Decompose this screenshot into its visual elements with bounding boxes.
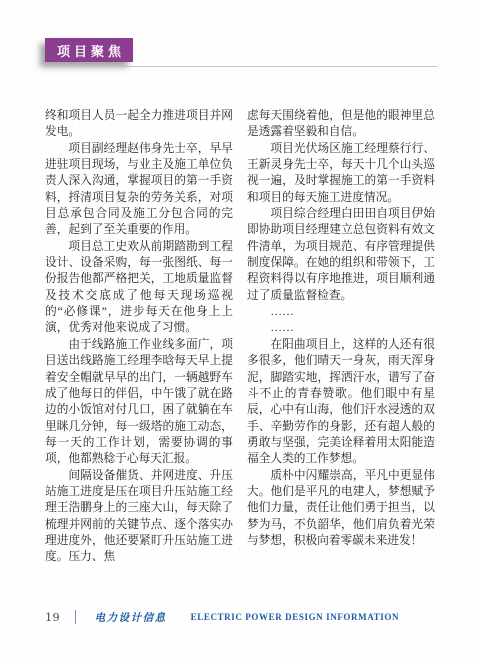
footer-divider xyxy=(75,610,76,624)
paragraph: 由于线路施工作业线多面广，项目送出线路施工经理李晗每天早上提着安全帽就早早的出门… xyxy=(45,337,233,468)
text-column-left: 终和项目人员一起全力推进项目并网发电。 项目副经理赵伟身先士卒，早早进驻项目现场… xyxy=(45,108,233,566)
paragraph: 项目光伏场区施工经理蔡行行、王新灵身先士卒，每天十几个山头巡视一遍，及时掌握施工… xyxy=(247,141,435,206)
ellipsis-line: …… xyxy=(247,320,435,336)
magazine-page: 项目聚焦 终和项目人员一起全力推进项目并网发电。 项目副经理赵伟身先士卒，早早进… xyxy=(0,0,480,663)
paragraph: 终和项目人员一起全力推进项目并网发电。 xyxy=(45,108,233,141)
page-number: 19 xyxy=(45,610,60,624)
paragraph: 虑每天围绕着他，但是他的眼神里总是透露着坚毅和自信。 xyxy=(247,108,435,141)
paragraph: 项目综合经理白田田自项目伊始即协助项目经理建立总包资料有效文件清单，为项目规范、… xyxy=(247,206,435,304)
text-column-right: 虑每天围绕着他，但是他的眼神里总是透露着坚毅和自信。 项目光伏场区施工经理蔡行行… xyxy=(247,108,435,566)
article-body: 终和项目人员一起全力推进项目并网发电。 项目副经理赵伟身先士卒，早早进驻项目现场… xyxy=(45,108,435,566)
journal-name-en: ELECTRIC POWER DESIGN INFORMATION xyxy=(191,612,399,622)
paragraph: 在阳曲项目上，这样的人还有很多很多，他们晴天一身灰，雨天浑身泥，脚踏实地，挥洒汗… xyxy=(247,337,435,468)
paragraph: 项目副经理赵伟身先士卒，早早进驻项目现场，与业主及施工单位负责人深入沟通，掌握项… xyxy=(45,141,233,239)
paragraph: 质朴中闪耀崇高，平凡中更显伟大。他们是平凡的电建人，梦想赋予他们力量，责任让他们… xyxy=(247,468,435,550)
header-divider xyxy=(45,66,437,67)
journal-name-cn: 电力设计信息 xyxy=(95,610,167,625)
ellipsis-line: …… xyxy=(247,304,435,320)
paragraph: 间隔设备催货、并网进度、升压站施工进度是压在项目升压站施工经理王浩鹏身上的三座大… xyxy=(45,468,233,566)
section-tag-label: 项目聚焦 xyxy=(53,41,125,60)
paragraph: 项目总工史欢从前期踏勘到工程设计、设备采购，每一张图纸、每一份报告他都严格把关，… xyxy=(45,239,233,337)
page-footer: 19 电力设计信息 ELECTRIC POWER DESIGN INFORMAT… xyxy=(45,608,435,626)
section-tag: 项目聚焦 xyxy=(45,38,133,62)
